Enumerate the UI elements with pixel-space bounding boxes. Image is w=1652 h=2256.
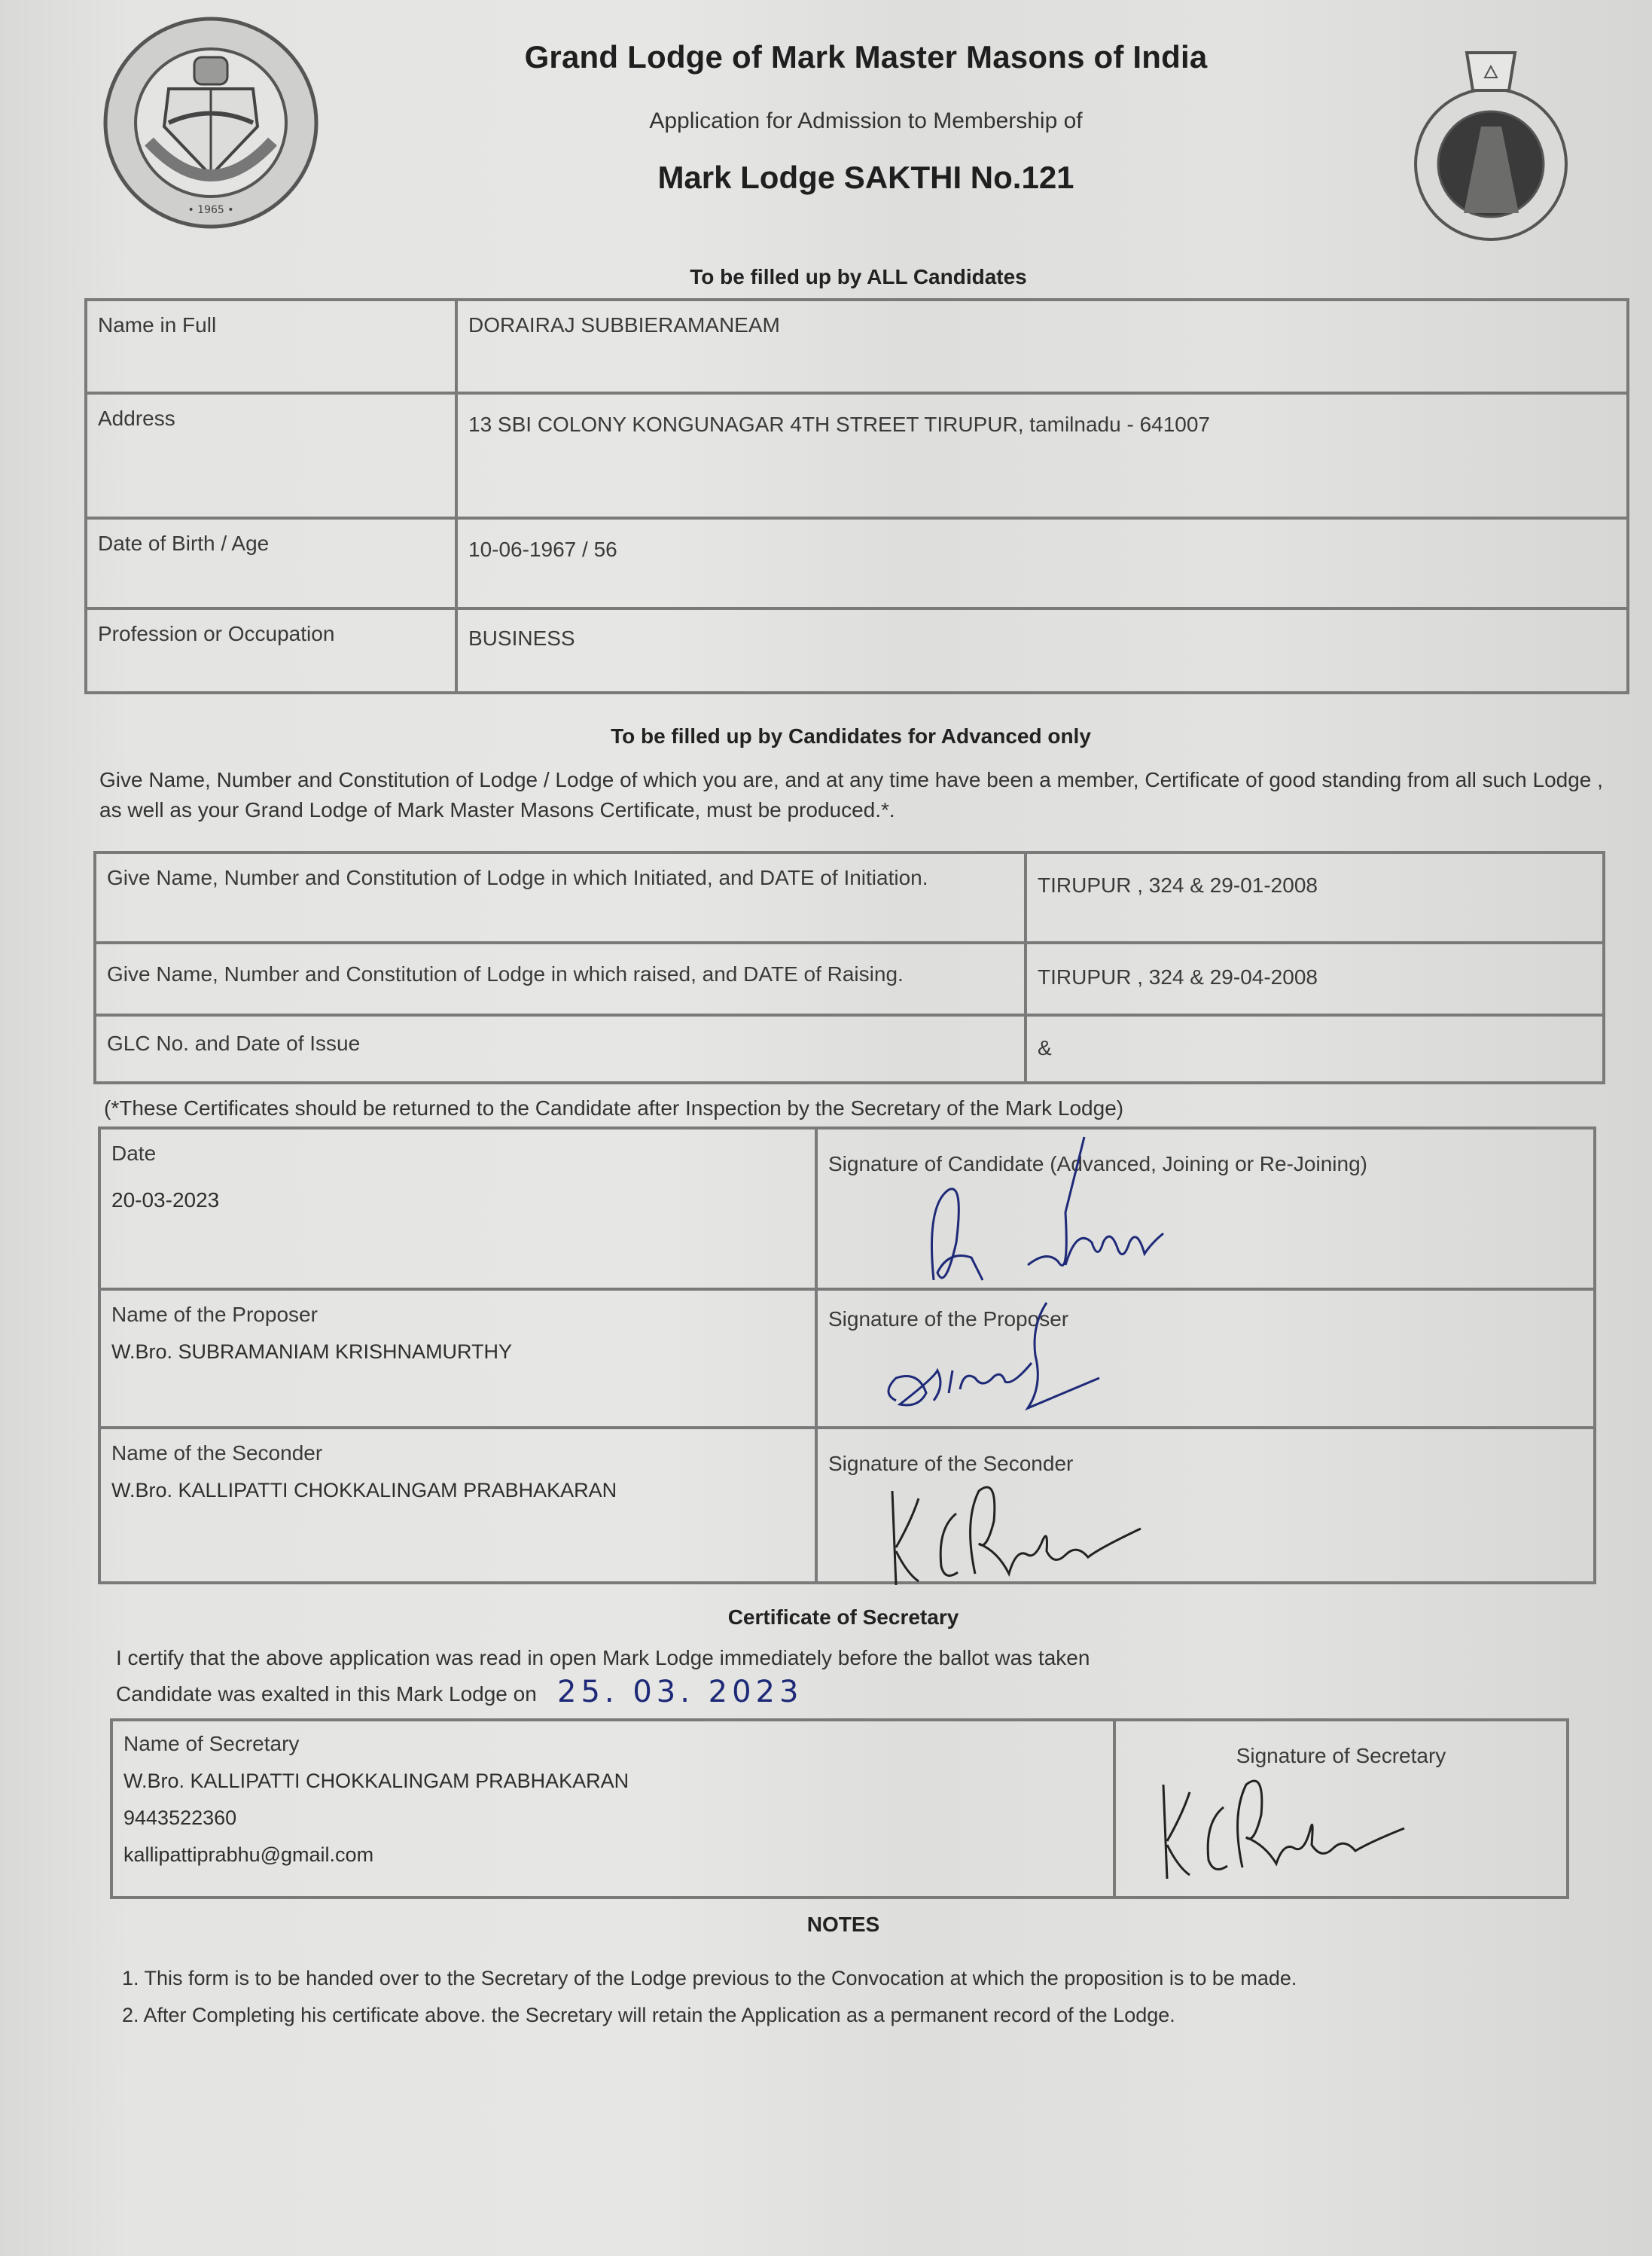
proposer-signature-icon <box>873 1295 1250 1423</box>
date-value[interactable]: 20-03-2023 <box>111 1188 804 1212</box>
secretary-signature-label: Signature of Secretary <box>1126 1744 1556 1768</box>
profession-value[interactable]: BUSINESS <box>456 608 1628 693</box>
table-row: Give Name, Number and Constitution of Lo… <box>95 943 1604 1015</box>
seconder-signature-label: Signature of the Seconder <box>828 1452 1583 1476</box>
all-candidates-table: Name in Full DORAIRAJ SUBBIERAMANEAM Add… <box>84 298 1629 694</box>
initiation-value[interactable]: TIRUPUR , 324 & 29-01-2008 <box>1026 852 1604 943</box>
section-all-heading: To be filled up by ALL Candidates <box>452 265 1265 289</box>
profession-label: Profession or Occupation <box>86 608 456 693</box>
seconder-cell: Name of the Seconder W.Bro. KALLIPATTI C… <box>99 1428 816 1583</box>
dob-age-value[interactable]: 10-06-1967 / 56 <box>456 518 1628 608</box>
svg-text:• 1965 •: • 1965 • <box>187 204 233 216</box>
seconder-label: Name of the Seconder <box>111 1441 804 1465</box>
advanced-candidates-table: Give Name, Number and Constitution of Lo… <box>93 851 1605 1084</box>
secretary-details-cell: Name of Secretary W.Bro. KALLIPATTI CHOK… <box>111 1720 1114 1898</box>
initiation-label: Give Name, Number and Constitution of Lo… <box>95 852 1026 943</box>
secretary-certificate-heading: Certificate of Secretary <box>527 1605 1160 1630</box>
notes-heading: NOTES <box>527 1913 1160 1937</box>
address-label: Address <box>86 393 456 518</box>
candidate-signature-icon <box>904 1130 1355 1295</box>
proposer-cell: Name of the Proposer W.Bro. SUBRAMANIAM … <box>99 1289 816 1428</box>
glc-label: GLC No. and Date of Issue <box>95 1015 1026 1083</box>
secretary-certify-text: I certify that the above application was… <box>116 1646 1471 1670</box>
table-row: Date of Birth / Age 10-06-1967 / 56 <box>86 518 1628 608</box>
lodge-name: Mark Lodge SAKTHI No.121 <box>452 160 1280 196</box>
seconder-signature-icon <box>873 1476 1355 1589</box>
raising-label: Give Name, Number and Constitution of Lo… <box>95 943 1026 1015</box>
section-advanced-heading: To be filled up by Candidates for Advanc… <box>422 724 1280 748</box>
table-row: Name in Full DORAIRAJ SUBBIERAMANEAM <box>86 300 1628 393</box>
name-value[interactable]: DORAIRAJ SUBBIERAMANEAM <box>456 300 1628 393</box>
table-row: GLC No. and Date of Issue & <box>95 1015 1604 1083</box>
table-row: Profession or Occupation BUSINESS <box>86 608 1628 693</box>
dob-age-label: Date of Birth / Age <box>86 518 456 608</box>
grand-lodge-seal-icon: • 1965 • <box>99 14 322 232</box>
address-value[interactable]: 13 SBI COLONY KONGUNAGAR 4TH STREET TIRU… <box>456 393 1628 518</box>
date-cell: Date 20-03-2023 <box>99 1128 816 1289</box>
proposer-name[interactable]: W.Bro. SUBRAMANIAM KRISHNAMURTHY <box>111 1340 804 1364</box>
glc-value[interactable]: & <box>1026 1015 1604 1083</box>
table-row: Address 13 SBI COLONY KONGUNAGAR 4TH STR… <box>86 393 1628 518</box>
secretary-phone[interactable]: 9443522360 <box>123 1806 1102 1830</box>
table-row: Give Name, Number and Constitution of Lo… <box>95 852 1604 943</box>
regional-grand-lodge-seal-icon <box>1410 44 1572 259</box>
notes-list: 1. This form is to be handed over to the… <box>122 1967 1553 2041</box>
table-row: Name of the Seconder W.Bro. KALLIPATTI C… <box>99 1428 1595 1583</box>
secretary-email[interactable]: kallipattiprabhu@gmail.com <box>123 1843 1102 1867</box>
exalted-text: Candidate was exalted in this Mark Lodge… <box>116 1682 537 1706</box>
name-label: Name in Full <box>86 300 456 393</box>
table-row: Date 20-03-2023 Signature of Candidate (… <box>99 1128 1595 1289</box>
org-title: Grand Lodge of Mark Master Masons of Ind… <box>452 39 1280 75</box>
table-row: Name of the Proposer W.Bro. SUBRAMANIAM … <box>99 1289 1595 1428</box>
certificates-footnote: (*These Certificates should be returned … <box>104 1096 1610 1120</box>
note-item: 2. After Completing his certificate abov… <box>122 2004 1553 2027</box>
raising-value[interactable]: TIRUPUR , 324 & 29-04-2008 <box>1026 943 1604 1015</box>
signatures-table: Date 20-03-2023 Signature of Candidate (… <box>98 1126 1596 1584</box>
date-label: Date <box>111 1142 804 1166</box>
application-form-page: • 1965 • Grand Lodge of Mark Master Maso… <box>0 0 1652 2256</box>
form-subtitle: Application for Admission to Membership … <box>452 108 1280 134</box>
secretary-name-label: Name of Secretary <box>123 1732 1102 1756</box>
secretary-name[interactable]: W.Bro. KALLIPATTI CHOKKALINGAM PRABHAKAR… <box>123 1770 1102 1793</box>
exalted-date[interactable]: 25. 03. 2023 <box>557 1675 803 1709</box>
advanced-instructions: Give Name, Number and Constitution of Lo… <box>99 765 1605 825</box>
seconder-name[interactable]: W.Bro. KALLIPATTI CHOKKALINGAM PRABHAKAR… <box>111 1479 804 1502</box>
note-item: 1. This form is to be handed over to the… <box>122 1967 1553 1990</box>
secretary-signature-icon <box>1145 1770 1566 1883</box>
proposer-label: Name of the Proposer <box>111 1303 804 1327</box>
